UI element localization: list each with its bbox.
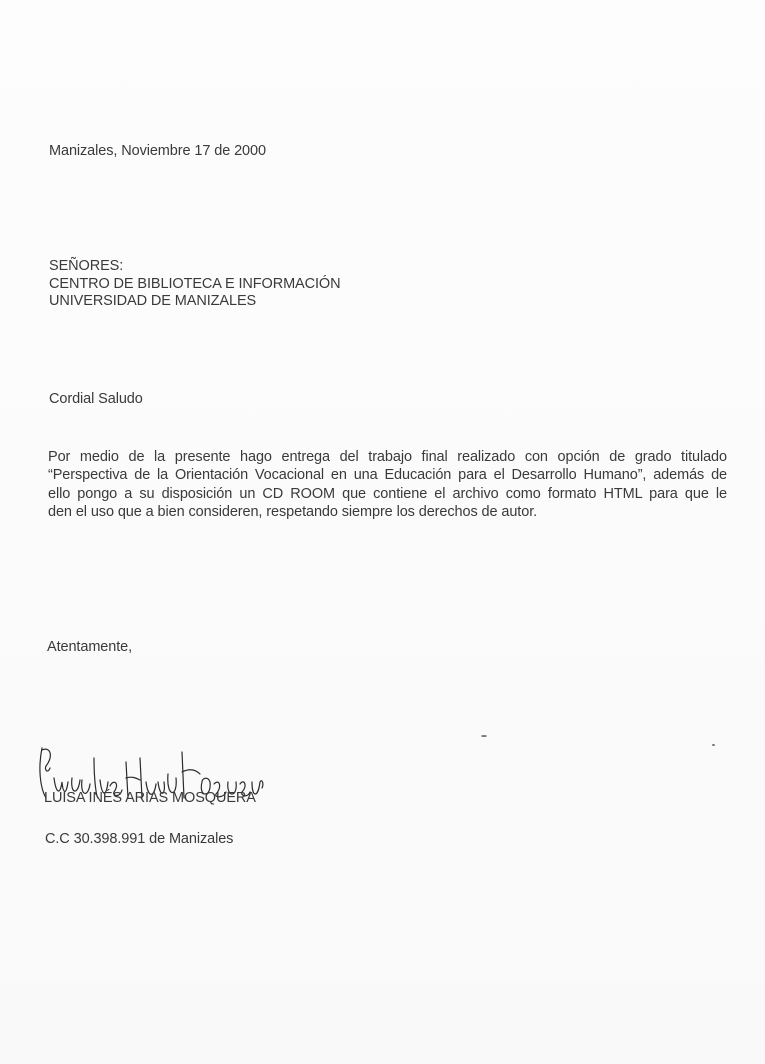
scan-speck [481, 735, 487, 737]
recipient-institution: UNIVERSIDAD DE MANIZALES [49, 293, 340, 311]
letter-page: Manizales, Noviembre 17 de 2000 SEÑORES:… [0, 0, 765, 1064]
signatory-name: LUISA INÉS ARIAS MOSQUERA [44, 789, 256, 807]
recipient-block: SEÑORES: CENTRO DE BIBLIOTECA E INFORMAC… [49, 258, 340, 311]
recipient-salutation: SEÑORES: [49, 258, 340, 276]
body-line: ello pongo a su disposición un CD ROOM q… [48, 485, 727, 503]
id-number: C.C 30.398.991 de Manizales [45, 830, 233, 848]
body-paragraph: Por medio de la presente hago entrega de… [48, 448, 727, 521]
body-line: Por medio de la presente hago entrega de… [48, 448, 727, 466]
scan-speck [712, 744, 715, 746]
body-line: den el uso que a bien consideren, respet… [48, 503, 727, 521]
place-date: Manizales, Noviembre 17 de 2000 [49, 142, 266, 160]
closing: Atentamente, [47, 638, 132, 656]
greeting: Cordial Saludo [49, 390, 143, 408]
recipient-department: CENTRO DE BIBLIOTECA E INFORMACIÓN [49, 276, 340, 294]
body-line: “Perspectiva de la Orientación Vocaciona… [48, 466, 727, 484]
